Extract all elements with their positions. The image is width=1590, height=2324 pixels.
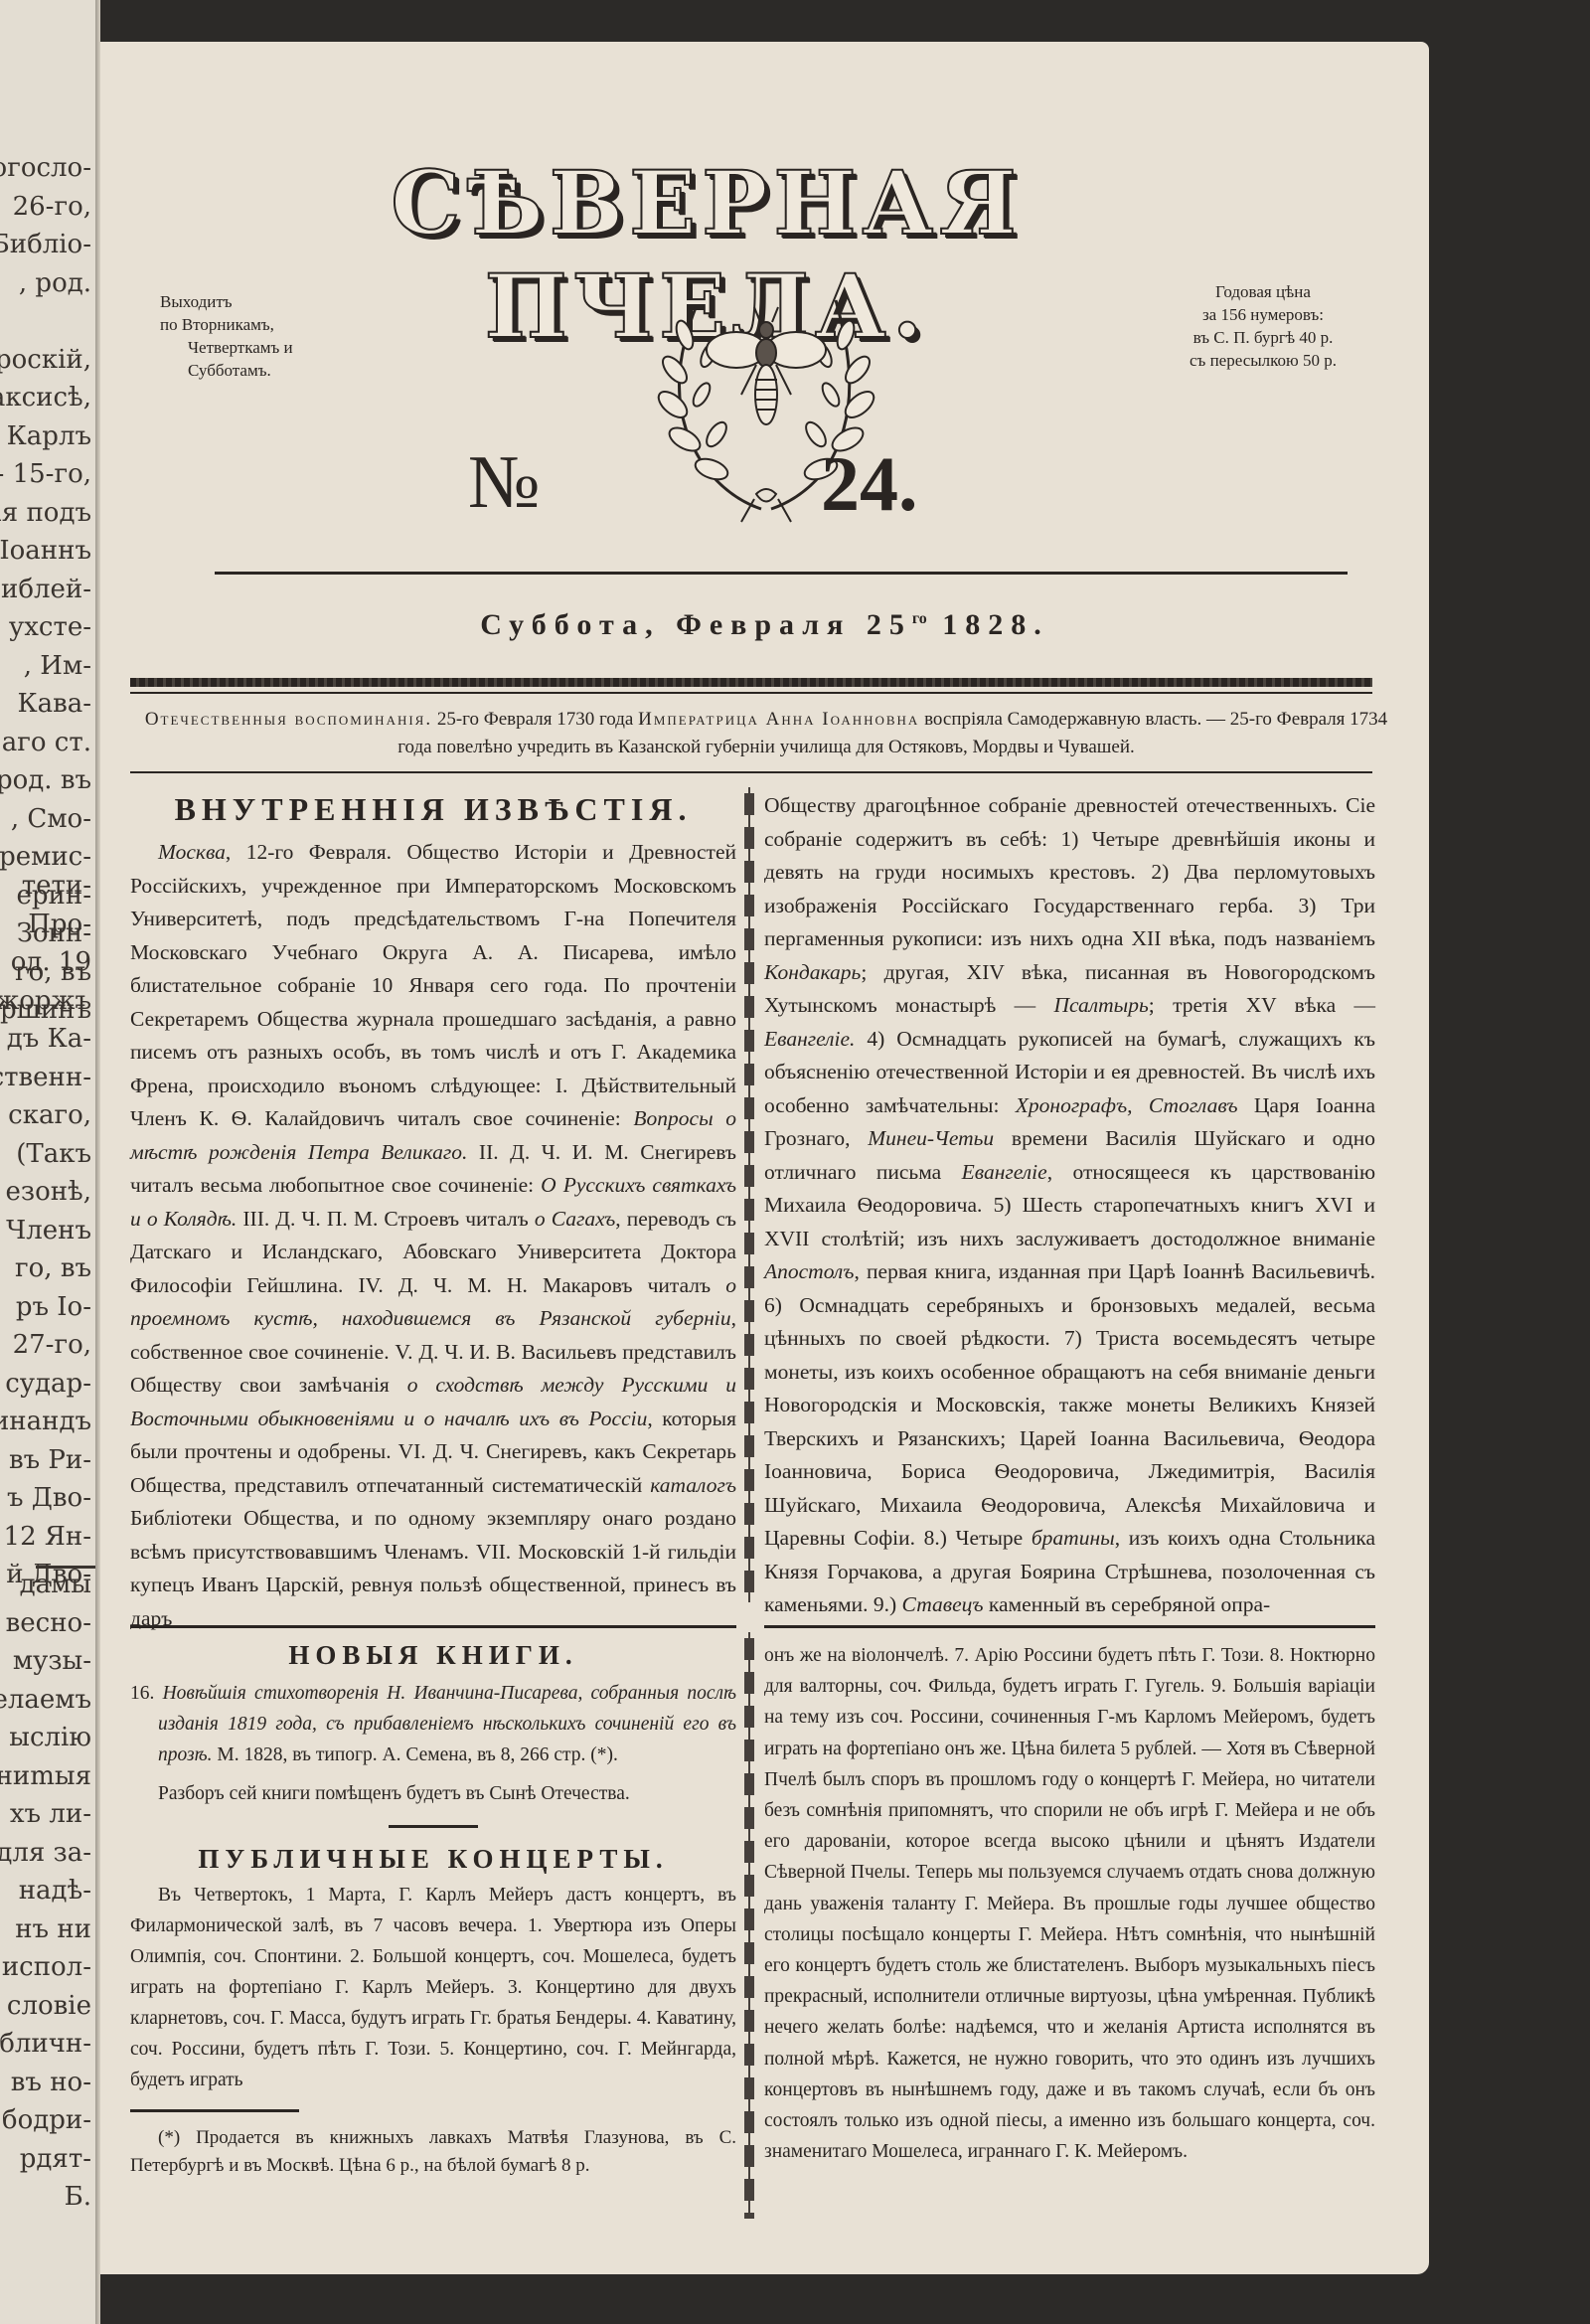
- adjacent-text-fragment: го, въ: [0, 1249, 91, 1288]
- rule-new-books: [130, 1625, 736, 1628]
- adjacent-text-fragment: роскій,: [0, 341, 91, 380]
- adjacent-page-edge: огосло-26-го,Библіо-, род. роскій,аксисѣ…: [0, 0, 95, 2324]
- italic-title: Хронографъ, Стоглавъ: [1016, 1093, 1238, 1117]
- newspaper-page: СѢВЕРНАЯ ПЧЕЛА. Выходитъ по Вторникамъ, …: [100, 42, 1429, 2274]
- italic-title: Кондакарь: [764, 960, 861, 984]
- book-entry-text: Новѣйшія стихотворенія Н. Иванчина-Писар…: [158, 1683, 736, 1765]
- remembrance-text: 25-го Февраля 1730 года: [432, 709, 638, 730]
- adjacent-text-fragment: рдят-: [0, 2140, 91, 2179]
- adjacent-text-fragment: , Им-: [0, 647, 91, 686]
- annual-price: Годовая цѣна за 156 нумеровъ: въ С. П. б…: [1154, 280, 1372, 372]
- adjacent-text-fragment: ая подъ: [0, 494, 91, 533]
- adjacent-text-fragment: для за-: [0, 1834, 91, 1873]
- adjacent-text-fragment: аксисѣ,: [0, 379, 91, 417]
- adjacent-page-text-bottom: дамывесно-музы-елаемъысліюниmыяхъ ли-для…: [0, 1566, 91, 2217]
- text-run: Обществу драгоцѣнное собраніе древностей…: [764, 793, 1375, 950]
- column-divider: [744, 1632, 754, 2219]
- adjacent-text-fragment: словіе: [0, 1987, 91, 2026]
- adjacent-text-fragment: 26-го,: [0, 188, 91, 227]
- adjacent-text-fragment: Карлъ: [0, 417, 91, 456]
- publication-schedule: Выходитъ по Вторникамъ, Четверткамъ и Су…: [160, 290, 329, 382]
- adjacent-text-fragment: ръ Іо-: [0, 1288, 91, 1327]
- domestic-news-continuation: Обществу драгоцѣнное собраніе древностей…: [764, 789, 1375, 1622]
- adjacent-text-fragment: од. 19: [0, 943, 91, 982]
- date-suffix: го: [912, 610, 927, 627]
- schedule-line: Субботамъ.: [160, 359, 329, 382]
- price-line: Годовая цѣна: [1154, 280, 1372, 303]
- adjacent-text-fragment: нъ ни: [0, 1910, 91, 1949]
- new-books-section: НОВЫЯ КНИГИ. 16. Новѣйшія стихотворенія …: [130, 1632, 736, 2180]
- price-line: съ пересылкою 50 р.: [1154, 349, 1372, 372]
- rule-below-remembrance: [130, 771, 1372, 773]
- text-run: М. 1828, въ типогр. А. Семена, въ 8, 266…: [212, 1744, 617, 1765]
- book-entry-number: 16.: [130, 1683, 154, 1704]
- domestic-news-heading: ВНУТРЕННІЯ ИЗВѢСТІЯ.: [130, 782, 736, 836]
- column-divider: [744, 787, 754, 1602]
- concerts-heading: ПУБЛИЧНЫЕ КОНЦЕРТЫ.: [130, 1838, 736, 1880]
- adjacent-text-fragment: ственн-: [0, 1059, 91, 1097]
- rule-concert-continuation: [764, 1625, 1375, 1628]
- adjacent-text-fragment: Про-: [0, 906, 91, 944]
- text-run: ; третія XV вѣка —: [1149, 993, 1375, 1017]
- concerts-text: Въ Четвертокъ, 1 Марта, Г. Карлъ Мейеръ …: [130, 1880, 736, 2095]
- adjacent-text-fragment: езонѣ,: [0, 1173, 91, 1212]
- text-run: III. Д. Ч. П. М. Строевъ читалъ: [237, 1207, 535, 1231]
- italic-title: Ставецъ: [902, 1592, 984, 1616]
- adjacent-page-text-middle: тети-Про-од. 19жоржъдъ Ка-ственн-скаго,(…: [0, 867, 91, 1594]
- rule-top: [215, 572, 1348, 575]
- adjacent-text-fragment: Іоаннъ: [0, 532, 91, 571]
- adjacent-text-fragment: дамы: [0, 1566, 91, 1604]
- adjacent-text-fragment: , род.: [0, 264, 91, 303]
- adjacent-text-fragment: весно-: [0, 1604, 91, 1643]
- italic-title: Апостолъ: [764, 1259, 854, 1283]
- adjacent-text-fragment: въ Ри-: [0, 1441, 91, 1480]
- italic-title: Москва: [158, 840, 226, 864]
- price-line: въ С. П. бургѣ 40 р.: [1154, 326, 1372, 349]
- price-line: за 156 нумеровъ:: [1154, 303, 1372, 326]
- new-books-heading: НОВЫЯ КНИГИ.: [130, 1632, 736, 1678]
- date-text: Суббота, Февраля 25: [480, 608, 912, 641]
- issue-number: 24.: [821, 439, 918, 529]
- rule-thick: [130, 678, 1372, 687]
- adjacent-text-fragment: аго ст.: [0, 724, 91, 762]
- adjacent-text-fragment: хъ ли-: [0, 1795, 91, 1834]
- text-run: Библіотеки Общества, и по одному экземпл…: [130, 1506, 736, 1630]
- book-entry: 16. Новѣйшія стихотворенія Н. Иванчина-П…: [130, 1678, 736, 1770]
- italic-title: каталогъ: [650, 1473, 736, 1497]
- adjacent-text-fragment: Библіо-: [0, 226, 91, 264]
- remembrance-label: Отечественныя воспоминанія.: [145, 709, 432, 730]
- adjacent-text-fragment: ыслію: [0, 1719, 91, 1757]
- schedule-line: по Вторникамъ,: [160, 313, 329, 336]
- adjacent-text-fragment: , Смо-: [0, 800, 91, 839]
- issue-year: 1828.: [942, 608, 1049, 641]
- adjacent-text-fragment: дъ Ка-: [0, 1020, 91, 1059]
- adjacent-text-fragment: жоржъ: [0, 982, 91, 1021]
- adjacent-text-fragment: надѣ-: [0, 1872, 91, 1910]
- text-run: , первая книга, изданная при Царѣ Іоаннѣ…: [764, 1259, 1375, 1550]
- adjacent-text-fragment: Кава-: [0, 685, 91, 724]
- adjacent-text-fragment: скаго,: [0, 1096, 91, 1135]
- domestic-news-left-column: ВНУТРЕННІЯ ИЗВѢСТІЯ. Москва, 12-го Февра…: [130, 782, 736, 1635]
- adjacent-text-fragment: въ но-: [0, 2064, 91, 2102]
- adjacent-text-fragment: ухсте-: [0, 608, 91, 647]
- adjacent-text-fragment: ъ Дво-: [0, 1479, 91, 1518]
- adjacent-text-fragment: Б.: [0, 2178, 91, 2217]
- footnote: (*) Продается въ книжныхъ лавкахъ Матвѣя…: [130, 2124, 736, 2180]
- number-sign: №: [468, 439, 541, 526]
- adjacent-text-fragment: ниmыя: [0, 1757, 91, 1796]
- schedule-line: Четверткамъ и: [160, 336, 329, 359]
- italic-title: Евангеліе: [962, 1160, 1047, 1184]
- number-sign-glyph: №: [468, 440, 541, 524]
- italic-title: о Сагахъ: [535, 1207, 615, 1231]
- issue-date: Суббота, Февраля 25го 1828.: [100, 608, 1429, 642]
- adjacent-text-fragment: род. въ: [0, 761, 91, 800]
- text-run: , 12-го Февраля. Общество Исторіи и Древ…: [130, 840, 736, 1130]
- domestic-news-right-column: Обществу драгоцѣнное собраніе древностей…: [764, 789, 1375, 1622]
- text-run: каменный въ серебряной опра-: [984, 1592, 1271, 1616]
- adjacent-text-fragment: - 15-го,: [0, 455, 91, 494]
- adjacent-text-fragment: 27-го,: [0, 1326, 91, 1365]
- concerts-continuation: онъ же на віолончелѣ. 7. Арію Россини бу…: [764, 1640, 1375, 2167]
- adjacent-text-fragment: [0, 302, 91, 341]
- adjacent-text-fragment: судар-: [0, 1365, 91, 1404]
- adjacent-text-fragment: тети-: [0, 867, 91, 906]
- adjacent-text-fragment: убличн-: [0, 2025, 91, 2064]
- domestic-news-text: Москва, 12-го Февраля. Общество Исторіи …: [130, 836, 736, 1635]
- adjacent-text-fragment: испол-: [0, 1948, 91, 1987]
- national-remembrances: Отечественныя воспоминанія. 25-го Феврал…: [130, 706, 1402, 761]
- adjacent-text-fragment: елаемъ: [0, 1681, 91, 1720]
- italic-title: Псалтырь: [1053, 993, 1148, 1017]
- adjacent-text-fragment: 12 Ян-: [0, 1518, 91, 1557]
- footnote-rule: [130, 2109, 299, 2112]
- adjacent-text-fragment: Библей-: [0, 571, 91, 609]
- adjacent-text-fragment: Членъ: [0, 1212, 91, 1250]
- adjacent-text-fragment: инандъ: [0, 1403, 91, 1441]
- remembrance-empress: Императрица Анна Іоанновна: [638, 709, 919, 730]
- schedule-line: Выходитъ: [160, 290, 329, 313]
- adjacent-text-fragment: бодри-: [0, 2101, 91, 2140]
- concerts-right-column: онъ же на віолончелѣ. 7. Арію Россини бу…: [764, 1640, 1375, 2167]
- rule-thin: [130, 692, 1372, 694]
- adjacent-text-fragment: (Такъ: [0, 1135, 91, 1174]
- book-review-note: Разборъ сей книги помѣщенъ будетъ въ Сын…: [130, 1778, 736, 1809]
- adjacent-text-fragment: огосло-: [0, 149, 91, 188]
- adjacent-text-fragment: музы-: [0, 1642, 91, 1681]
- italic-title: Минеи-Четьи: [868, 1126, 994, 1150]
- italic-title: Евангеліе.: [764, 1027, 855, 1051]
- italic-title: братины: [1032, 1526, 1115, 1550]
- short-rule: [389, 1825, 478, 1828]
